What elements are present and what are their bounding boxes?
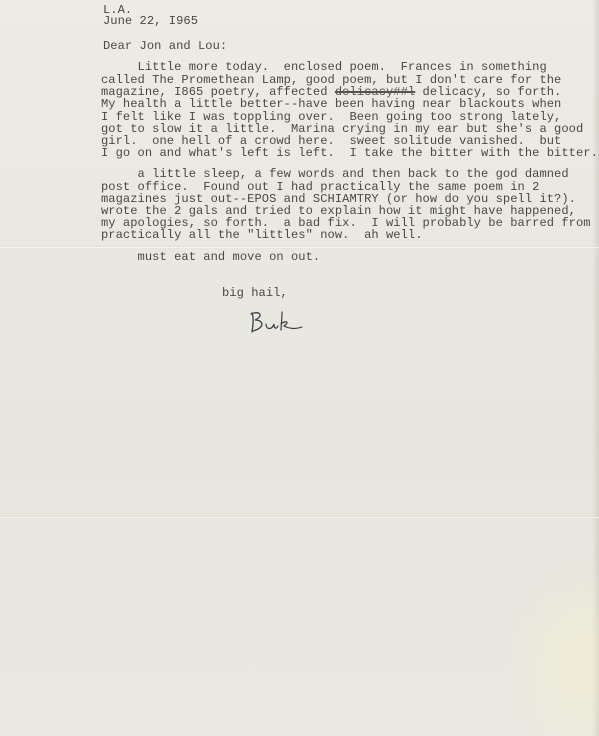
text-line: My health a little better--have been hav… (101, 98, 561, 110)
paper-fold-line (0, 516, 599, 519)
letter-page: L.A. June 22, I965 Dear Jon and Lou: Lit… (0, 0, 599, 736)
text-line: a little sleep, a few words and then bac… (101, 168, 569, 180)
closing: big hail, (222, 287, 288, 299)
handwritten-signature: Buk (248, 308, 308, 336)
text-line: I go on and what's left is left. I take … (101, 147, 598, 159)
salutation: Dear Jon and Lou: (103, 40, 227, 52)
text-line: Little more today. enclosed poem. France… (101, 61, 547, 73)
paper-stain (509, 556, 599, 736)
paper-fold-line (0, 246, 599, 249)
paragraph-3: must eat and move on out. (101, 251, 320, 263)
text-line: practically all the "littles" now. ah we… (101, 229, 423, 241)
date-line: June 22, I965 (103, 15, 198, 27)
